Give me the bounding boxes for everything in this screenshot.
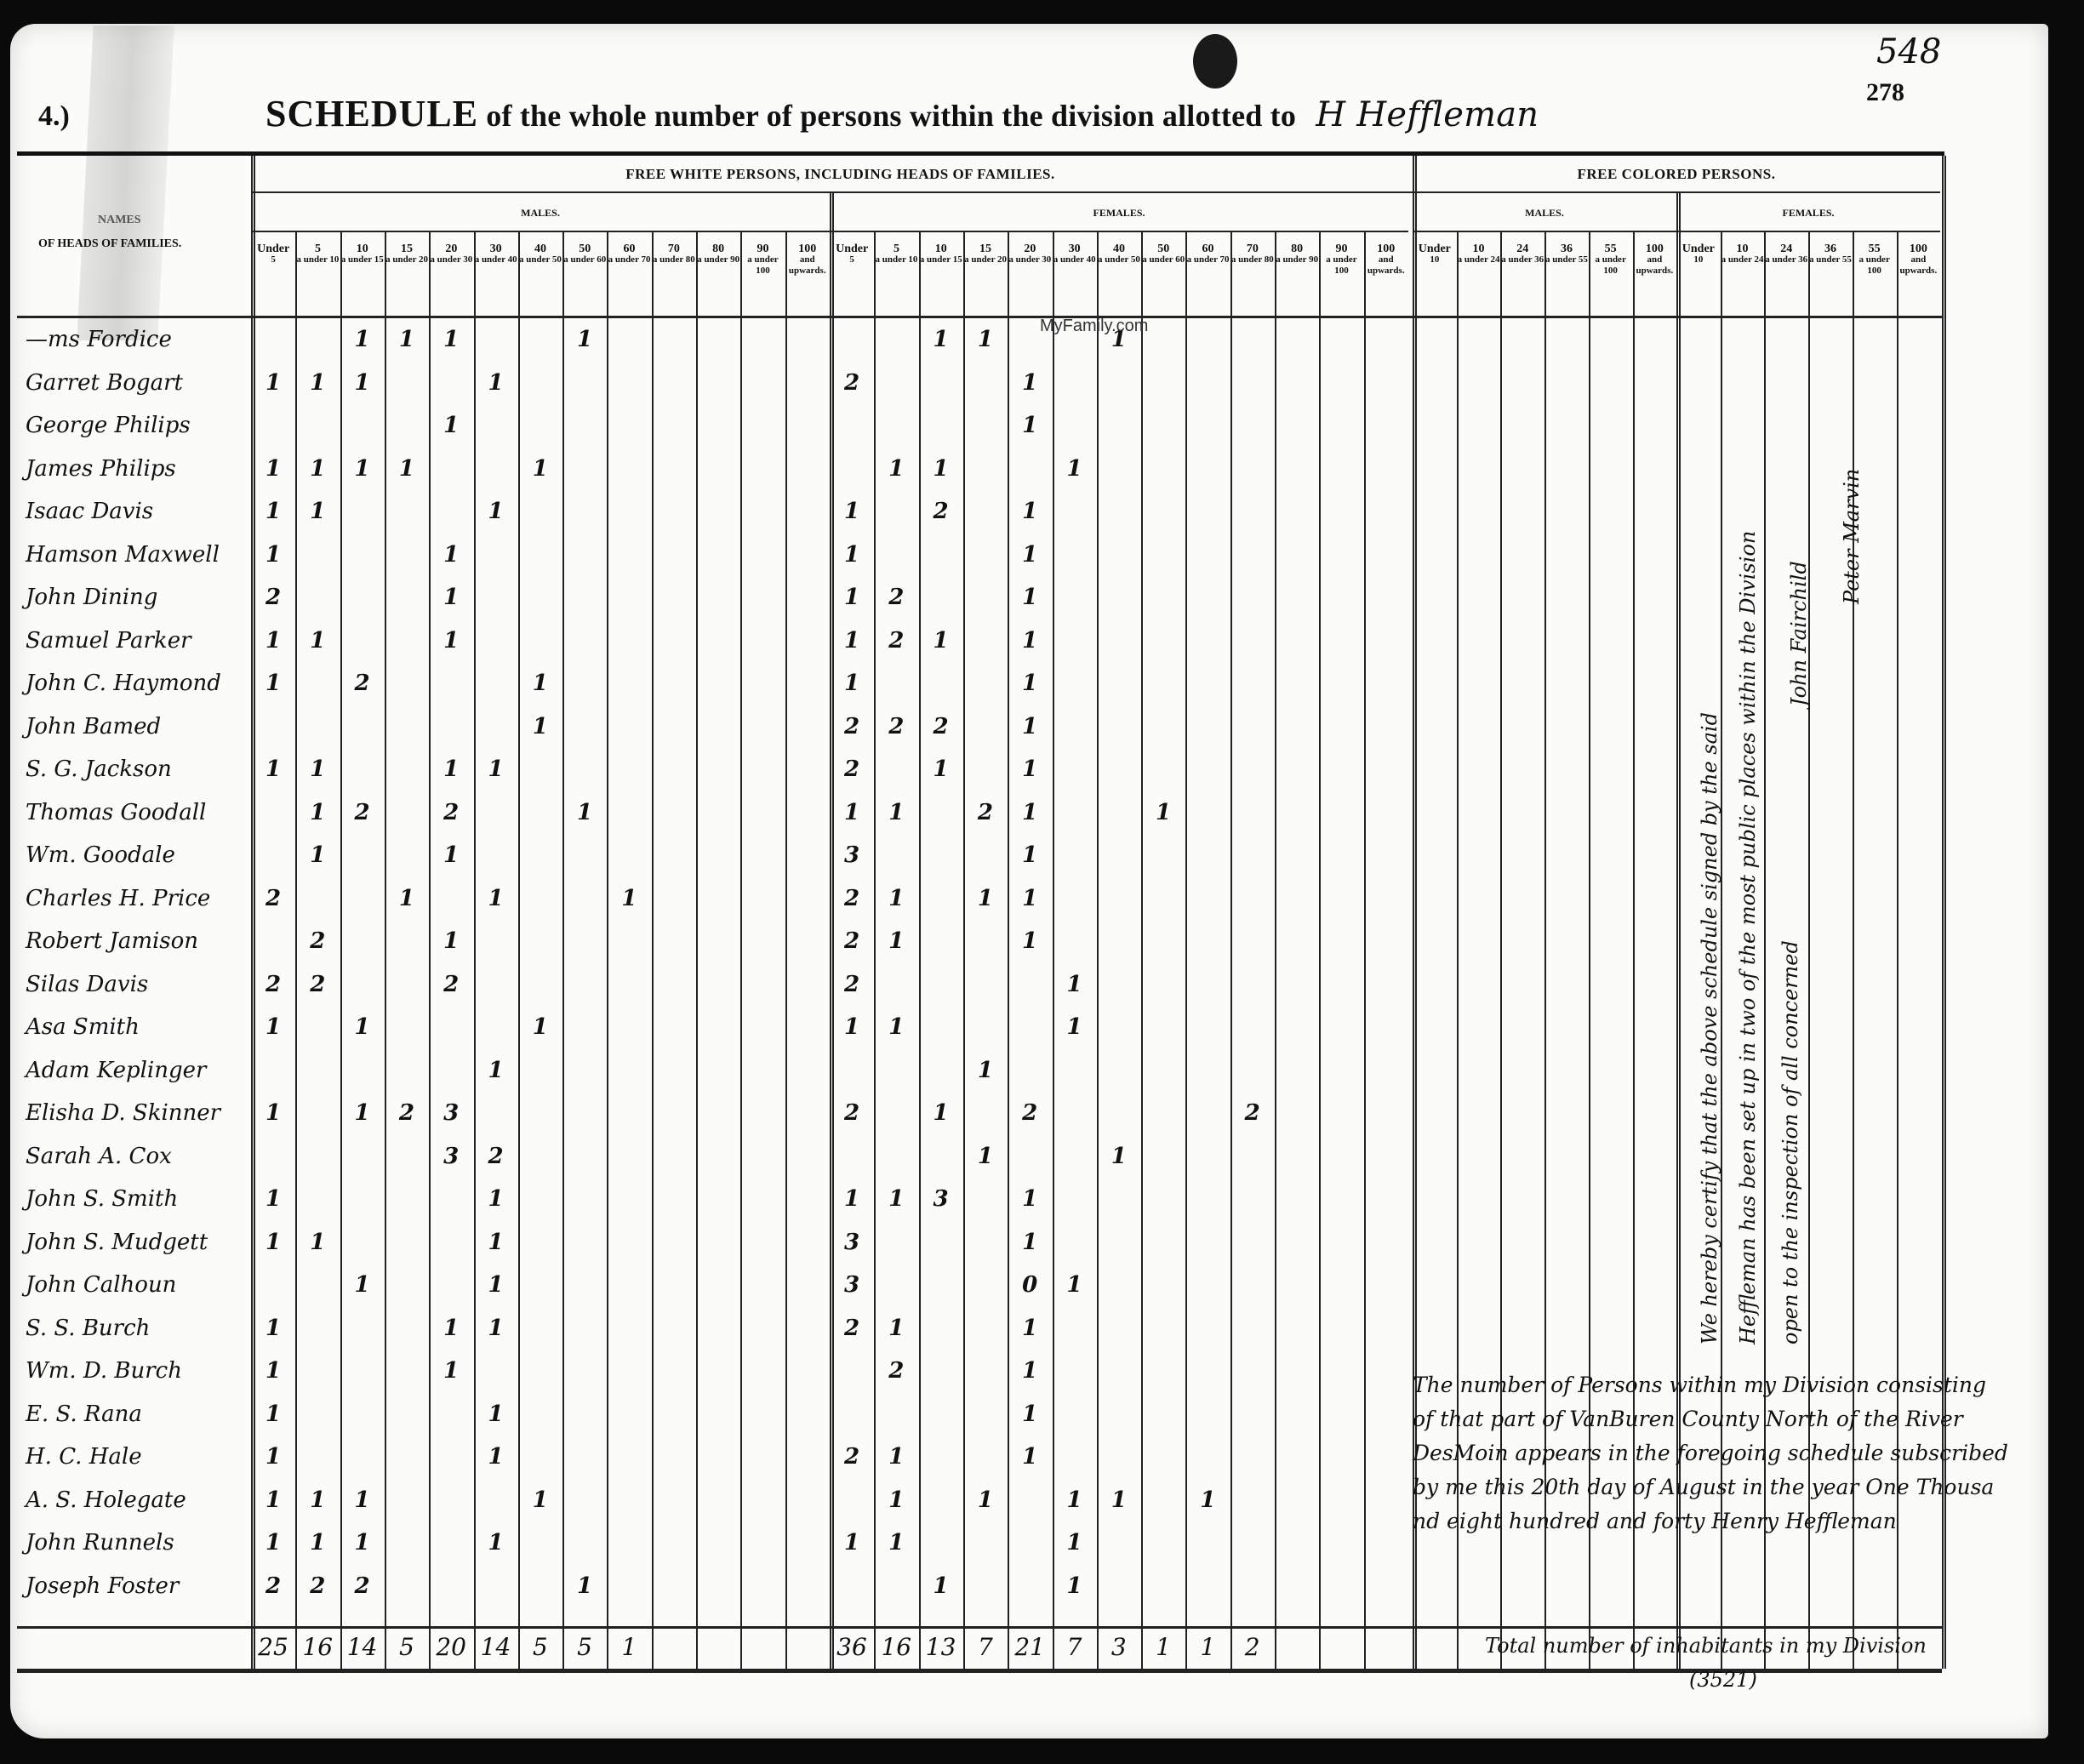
white-female-age-header-7: 50a under 60 <box>1141 243 1185 265</box>
male-count-cell: 1 <box>562 1573 607 1599</box>
colored-male-age-header-4: 55a under 100 <box>1589 243 1633 277</box>
colored-male-age-header-5: 100and upwards. <box>1633 243 1677 277</box>
female-count-cell: 1 <box>1008 499 1052 524</box>
female-count-cell: 1 <box>963 327 1008 352</box>
head-of-family-name: John C. Haymond <box>26 671 221 696</box>
male-count-cell: 1 <box>385 456 429 482</box>
male-total-cell: 25 <box>251 1633 295 1661</box>
head-of-family-name: H. C. Hale <box>26 1444 142 1470</box>
title-rest: of the whole number of persons within th… <box>486 99 1296 133</box>
head-of-family-name: Elisha D. Skinner <box>26 1100 220 1126</box>
column-rule <box>518 231 520 1669</box>
female-count-cell: 1 <box>874 1014 918 1040</box>
row-rule <box>17 1626 1942 1629</box>
female-count-cell: 1 <box>1053 1530 1097 1556</box>
female-count-cell: 1 <box>1053 972 1097 997</box>
female-total-cell: 7 <box>963 1633 1008 1661</box>
white-female-age-header-10: 80a under 90 <box>1275 243 1319 265</box>
white-female-age-header-2: 10a under 15 <box>919 243 963 265</box>
head-of-family-name: Hamson Maxwell <box>26 542 220 568</box>
head-of-family-name: John Bamed <box>26 714 161 739</box>
female-count-cell: 2 <box>830 886 874 911</box>
male-count-cell: 1 <box>562 800 607 825</box>
names-header-line1: NAMES <box>98 214 141 227</box>
head-of-family-name: Samuel Parker <box>26 628 191 654</box>
male-count-cell: 1 <box>562 327 607 352</box>
white-male-age-header-4: 20a under 30 <box>429 243 473 265</box>
male-count-cell: 1 <box>429 585 473 610</box>
male-total-cell: 20 <box>429 1633 473 1661</box>
female-total-cell: 36 <box>830 1633 874 1661</box>
colored-males-label: MALES. <box>1413 207 1676 220</box>
column-rule <box>785 231 787 1669</box>
head-of-family-name: John S. Smith <box>26 1186 178 1212</box>
head-of-family-name: S. G. Jackson <box>26 756 172 782</box>
female-count-cell: 1 <box>919 1100 963 1126</box>
female-count-cell: 1 <box>830 1014 874 1040</box>
male-total-cell: 5 <box>518 1633 562 1661</box>
colored-female-age-header-3: 36a under 55 <box>1808 243 1853 265</box>
male-count-cell: 1 <box>251 1401 295 1427</box>
female-count-cell: 1 <box>1008 842 1052 868</box>
male-count-cell: 1 <box>251 756 295 782</box>
male-total-cell: 14 <box>340 1633 385 1661</box>
male-count-cell: 1 <box>474 756 518 782</box>
female-count-cell: 3 <box>830 842 874 868</box>
white-female-age-header-1: 5a under 10 <box>874 243 918 265</box>
white-male-age-header-10: 80a under 90 <box>696 243 740 265</box>
head-of-family-name: Adam Keplinger <box>26 1058 206 1083</box>
head-of-family-name: Thomas Goodall <box>26 800 206 825</box>
sheet-number: 4.) <box>38 100 70 133</box>
colored-female-age-header-4: 55a under 100 <box>1853 243 1897 277</box>
male-count-cell: 1 <box>251 1530 295 1556</box>
male-total-cell: 14 <box>474 1633 518 1661</box>
female-count-cell: 1 <box>1008 928 1052 954</box>
male-count-cell: 1 <box>474 499 518 524</box>
male-count-cell: 1 <box>607 886 651 911</box>
head-of-family-name: John S. Mudgett <box>26 1230 208 1255</box>
male-count-cell: 1 <box>295 1487 340 1513</box>
female-count-cell: 2 <box>874 628 918 654</box>
male-count-cell: 1 <box>429 756 473 782</box>
female-count-cell: 1 <box>963 1487 1008 1513</box>
white-female-age-header-8: 60a under 70 <box>1185 243 1230 265</box>
male-count-cell: 1 <box>518 671 562 696</box>
male-count-cell: 1 <box>474 1530 518 1556</box>
white-male-age-header-1: 5a under 10 <box>295 243 340 265</box>
male-total-cell: 5 <box>385 1633 429 1661</box>
female-count-cell: 1 <box>830 585 874 610</box>
female-count-cell: 2 <box>830 1316 874 1341</box>
male-count-cell: 1 <box>474 886 518 911</box>
male-count-cell: 1 <box>251 1014 295 1040</box>
white-male-age-header-0: Under5 <box>251 243 295 265</box>
head-of-family-name: John Runnels <box>26 1530 174 1556</box>
certification-line: open to the inspection of all concerned <box>1779 940 1802 1344</box>
white-female-age-header-9: 70a under 80 <box>1230 243 1275 265</box>
male-count-cell: 1 <box>518 714 562 739</box>
head-of-family-name: Silas Davis <box>26 972 148 997</box>
male-count-cell: 1 <box>474 1186 518 1212</box>
female-count-cell: 1 <box>1097 1487 1141 1513</box>
column-rule <box>385 231 386 1669</box>
colored-female-age-header-0: Under10 <box>1676 243 1721 265</box>
male-count-cell: 1 <box>340 1014 385 1040</box>
head-of-family-name: George Philips <box>26 413 191 438</box>
male-count-cell: 1 <box>251 1100 295 1126</box>
female-count-cell: 1 <box>1008 413 1052 438</box>
column-rule <box>1319 231 1321 1669</box>
female-total-cell: 2 <box>1230 1633 1275 1661</box>
female-count-cell: 1 <box>919 456 963 482</box>
male-count-cell: 2 <box>295 928 340 954</box>
female-count-cell: 2 <box>874 585 918 610</box>
female-total-cell: 21 <box>1008 1633 1052 1661</box>
female-count-cell: 1 <box>963 1058 1008 1083</box>
female-count-cell: 1 <box>963 886 1008 911</box>
female-count-cell: 2 <box>830 756 874 782</box>
column-rule <box>696 231 698 1669</box>
watermark: MyFamily.com <box>1040 317 1148 336</box>
female-count-cell: 1 <box>874 456 918 482</box>
white-female-age-header-6: 40a under 50 <box>1097 243 1141 265</box>
male-count-cell: 1 <box>251 1487 295 1513</box>
male-count-cell: 1 <box>518 1487 562 1513</box>
female-total-cell: 16 <box>874 1633 918 1661</box>
male-count-cell: 1 <box>474 1272 518 1298</box>
female-count-cell: 1 <box>1008 1230 1052 1255</box>
female-count-cell: 1 <box>874 800 918 825</box>
male-count-cell: 1 <box>340 1272 385 1298</box>
colored-female-age-header-5: 100and upwards. <box>1897 243 1941 277</box>
female-count-cell: 1 <box>874 1316 918 1341</box>
male-count-cell: 1 <box>295 800 340 825</box>
colored-females-label: FEMALES. <box>1676 207 1940 220</box>
female-count-cell: 1 <box>1008 714 1052 739</box>
male-count-cell: 1 <box>474 1401 518 1427</box>
female-count-cell: 1 <box>874 928 918 954</box>
white-male-age-header-3: 15a under 20 <box>385 243 429 265</box>
female-count-cell: 1 <box>919 756 963 782</box>
white-males-label: MALES. <box>251 207 830 220</box>
head-of-family-name: John Calhoun <box>26 1272 176 1298</box>
head-of-family-name: —ms Fordice <box>26 327 172 352</box>
page-number-printed: 278 <box>1866 78 1904 107</box>
male-count-cell: 1 <box>429 1358 473 1384</box>
male-count-cell: 2 <box>340 1573 385 1599</box>
female-count-cell: 1 <box>1053 456 1097 482</box>
male-count-cell: 2 <box>295 972 340 997</box>
summary-note-line: DesMoin appears in the foregoing schedul… <box>1413 1441 2008 1465</box>
male-count-cell: 1 <box>518 456 562 482</box>
male-count-cell: 2 <box>340 671 385 696</box>
female-count-cell: 2 <box>919 714 963 739</box>
colored-female-age-header-2: 24a under 36 <box>1764 243 1808 265</box>
female-count-cell: 1 <box>1053 1487 1097 1513</box>
names-header-line2: OF HEADS OF FAMILIES. <box>38 237 181 251</box>
column-rule <box>1230 231 1232 1669</box>
head-of-family-name: Joseph Foster <box>26 1573 179 1599</box>
female-count-cell: 1 <box>1008 1401 1052 1427</box>
female-count-cell: 1 <box>919 327 963 352</box>
female-count-cell: 1 <box>1053 1573 1097 1599</box>
female-count-cell: 1 <box>1097 1144 1141 1169</box>
white-male-age-header-7: 50a under 60 <box>562 243 607 265</box>
column-rule <box>740 231 742 1669</box>
female-total-cell: 13 <box>919 1633 963 1661</box>
male-count-cell: 1 <box>385 327 429 352</box>
female-count-cell: 3 <box>830 1272 874 1298</box>
female-count-cell: 3 <box>830 1230 874 1255</box>
female-count-cell: 2 <box>874 714 918 739</box>
female-count-cell: 1 <box>1008 1186 1052 1212</box>
female-count-cell: 1 <box>830 499 874 524</box>
male-count-cell: 1 <box>429 628 473 654</box>
female-count-cell: 1 <box>874 1186 918 1212</box>
male-count-cell: 3 <box>429 1100 473 1126</box>
male-count-cell: 2 <box>385 1100 429 1126</box>
female-count-cell: 1 <box>1008 1358 1052 1384</box>
colored-male-age-header-2: 24a under 36 <box>1500 243 1544 265</box>
female-count-cell: 1 <box>830 1530 874 1556</box>
female-count-cell: 2 <box>830 928 874 954</box>
male-count-cell: 1 <box>429 1316 473 1341</box>
female-total-cell: 1 <box>1141 1633 1185 1661</box>
male-count-cell: 1 <box>474 1316 518 1341</box>
colored-male-age-header-0: Under10 <box>1413 243 1457 265</box>
head-of-family-name: E. S. Rana <box>26 1401 142 1427</box>
male-count-cell: 2 <box>251 1573 295 1599</box>
head-of-family-name: Sarah A. Cox <box>26 1144 172 1169</box>
female-count-cell: 1 <box>874 1444 918 1470</box>
male-total-cell: 5 <box>562 1633 607 1661</box>
names-column-header: NAMES OF HEADS OF FAMILIES. <box>17 156 251 319</box>
female-count-cell: 2 <box>830 1444 874 1470</box>
female-total-cell: 7 <box>1053 1633 1097 1661</box>
white-female-age-header-4: 20a under 30 <box>1008 243 1052 265</box>
male-count-cell: 1 <box>251 671 295 696</box>
witness-signature: John Fairchild <box>1787 561 1811 706</box>
female-count-cell: 2 <box>874 1358 918 1384</box>
white-male-age-header-12: 100and upwards. <box>785 243 830 277</box>
column-rule <box>1097 231 1099 1669</box>
female-count-cell: 0 <box>1008 1272 1052 1298</box>
female-count-cell: 1 <box>1008 542 1052 568</box>
white-female-age-header-3: 15a under 20 <box>963 243 1008 265</box>
head-of-family-name: Wm. D. Burch <box>26 1358 182 1384</box>
male-count-cell: 3 <box>429 1144 473 1169</box>
male-count-cell: 1 <box>251 1230 295 1255</box>
summary-note-line: of that part of VanBuren County North of… <box>1413 1407 1963 1431</box>
male-count-cell: 1 <box>340 1100 385 1126</box>
male-count-cell: 1 <box>340 370 385 396</box>
female-count-cell: 2 <box>1008 1100 1052 1126</box>
white-male-age-header-8: 60a under 70 <box>607 243 651 265</box>
female-count-cell: 1 <box>874 1530 918 1556</box>
female-count-cell: 2 <box>1230 1100 1275 1126</box>
male-count-cell: 1 <box>251 1186 295 1212</box>
total-inhabitants-value: (3521) <box>1689 1668 1757 1692</box>
male-count-cell: 1 <box>295 1530 340 1556</box>
female-count-cell: 2 <box>830 972 874 997</box>
column-rule <box>1275 231 1276 1669</box>
male-count-cell: 1 <box>251 456 295 482</box>
male-count-cell: 2 <box>251 585 295 610</box>
female-count-cell: 2 <box>830 1100 874 1126</box>
male-count-cell: 1 <box>518 1014 562 1040</box>
column-rule <box>1185 231 1187 1669</box>
male-count-cell: 1 <box>251 628 295 654</box>
certification-line: We hereby certify that the above schedul… <box>1698 712 1721 1344</box>
female-count-cell: 1 <box>1008 370 1052 396</box>
column-rule <box>607 231 608 1669</box>
female-count-cell: 1 <box>1185 1487 1230 1513</box>
total-inhabitants-label: Total number of inhabitants in my Divisi… <box>1485 1634 1927 1658</box>
white-male-age-header-9: 70a under 80 <box>652 243 696 265</box>
free-colored-title: FREE COLORED PERSONS. <box>1413 166 1940 183</box>
male-count-cell: 1 <box>429 542 473 568</box>
female-count-cell: 1 <box>1053 1014 1097 1040</box>
male-count-cell: 1 <box>295 1230 340 1255</box>
male-count-cell: 1 <box>429 842 473 868</box>
female-count-cell: 1 <box>830 671 874 696</box>
witness-signature: Peter Marvin <box>1840 469 1864 604</box>
ink-seal-icon <box>1193 34 1237 88</box>
free-white-title: FREE WHITE PERSONS, INCLUDING HEADS OF F… <box>272 166 1408 183</box>
male-count-cell: 1 <box>385 886 429 911</box>
male-count-cell: 2 <box>429 972 473 997</box>
female-count-cell: 2 <box>830 714 874 739</box>
female-count-cell: 1 <box>1053 1272 1097 1298</box>
male-count-cell: 1 <box>251 499 295 524</box>
column-rule <box>340 231 342 1669</box>
female-count-cell: 1 <box>1141 800 1185 825</box>
female-count-cell: 1 <box>919 1573 963 1599</box>
head-of-family-name: Robert Jamison <box>26 928 198 954</box>
female-count-cell: 1 <box>1008 1444 1052 1470</box>
column-rule <box>1364 231 1366 1669</box>
male-count-cell: 2 <box>251 972 295 997</box>
male-count-cell: 2 <box>340 800 385 825</box>
male-count-cell: 1 <box>340 1487 385 1513</box>
head-of-family-name: Charles H. Price <box>26 886 210 911</box>
title-bold: SCHEDULE <box>265 93 478 134</box>
head-of-family-name: James Philips <box>26 456 176 482</box>
column-rule <box>1053 231 1054 1669</box>
male-count-cell: 2 <box>474 1144 518 1169</box>
male-count-cell: 1 <box>295 842 340 868</box>
head-of-family-name: Wm. Goodale <box>26 842 175 868</box>
schedule-title: SCHEDULE of the whole number of persons … <box>265 92 1539 135</box>
female-count-cell: 2 <box>919 499 963 524</box>
male-count-cell: 1 <box>251 1316 295 1341</box>
male-count-cell: 1 <box>295 499 340 524</box>
head-of-family-name: A. S. Holegate <box>26 1487 186 1513</box>
white-female-age-header-11: 90a under 100 <box>1319 243 1363 277</box>
white-male-age-header-6: 40a under 50 <box>518 243 562 265</box>
white-female-age-header-5: 30a under 40 <box>1053 243 1097 265</box>
summary-note-line: nd eight hundred and forty Henry Hefflem… <box>1413 1509 1897 1533</box>
male-count-cell: 1 <box>474 370 518 396</box>
colored-female-age-header-1: 10a under 24 <box>1721 243 1765 265</box>
colored-male-age-header-1: 10a under 24 <box>1457 243 1501 265</box>
female-total-cell: 1 <box>1185 1633 1230 1661</box>
enumerator-name: H Heffleman <box>1316 95 1539 134</box>
column-rule <box>562 231 564 1669</box>
white-male-age-header-11: 90a under 100 <box>740 243 785 277</box>
male-count-cell: 1 <box>295 756 340 782</box>
male-count-cell: 2 <box>251 886 295 911</box>
male-count-cell: 1 <box>474 1444 518 1470</box>
page-number-handwritten: 548 <box>1876 32 1941 71</box>
female-count-cell: 1 <box>874 886 918 911</box>
female-count-cell: 1 <box>1008 585 1052 610</box>
female-count-cell: 1 <box>963 1144 1008 1169</box>
female-count-cell: 1 <box>1008 800 1052 825</box>
female-count-cell: 1 <box>1008 671 1052 696</box>
male-count-cell: 1 <box>295 456 340 482</box>
certification-line: Heffleman has been set up in two of the … <box>1736 531 1760 1344</box>
male-count-cell: 1 <box>474 1230 518 1255</box>
white-females-label: FEMALES. <box>830 207 1408 220</box>
female-count-cell: 1 <box>830 1186 874 1212</box>
column-rule <box>652 231 654 1669</box>
head-of-family-name: Garret Bogart <box>26 370 183 396</box>
male-count-cell: 1 <box>340 327 385 352</box>
female-total-cell: 3 <box>1097 1633 1141 1661</box>
male-count-cell: 1 <box>251 1444 295 1470</box>
male-count-cell: 1 <box>251 542 295 568</box>
female-count-cell: 1 <box>874 1487 918 1513</box>
female-count-cell: 1 <box>1008 1316 1052 1341</box>
male-count-cell: 1 <box>429 327 473 352</box>
male-count-cell: 1 <box>251 370 295 396</box>
male-count-cell: 1 <box>340 1530 385 1556</box>
male-count-cell: 2 <box>429 800 473 825</box>
male-count-cell: 1 <box>295 628 340 654</box>
male-count-cell: 1 <box>340 456 385 482</box>
male-count-cell: 1 <box>429 928 473 954</box>
female-count-cell: 1 <box>919 628 963 654</box>
column-rule <box>1141 231 1143 1669</box>
male-count-cell: 1 <box>474 1058 518 1083</box>
white-male-age-header-5: 30a under 40 <box>474 243 518 265</box>
female-count-cell: 1 <box>1008 628 1052 654</box>
white-male-age-header-2: 10a under 15 <box>340 243 385 265</box>
white-female-age-header-12: 100and upwards. <box>1364 243 1408 277</box>
female-count-cell: 1 <box>830 800 874 825</box>
white-female-age-header-0: Under5 <box>830 243 874 265</box>
female-count-cell: 2 <box>963 800 1008 825</box>
head-of-family-name: Asa Smith <box>26 1014 140 1040</box>
head-of-family-name: Isaac Davis <box>26 499 153 524</box>
row-rule <box>17 316 1942 318</box>
colored-male-age-header-3: 36a under 55 <box>1544 243 1589 265</box>
female-count-cell: 1 <box>1008 756 1052 782</box>
male-total-cell: 1 <box>607 1633 651 1661</box>
row-rule <box>17 1669 1942 1673</box>
male-total-cell: 16 <box>295 1633 340 1661</box>
column-rule <box>919 231 921 1669</box>
male-count-cell: 2 <box>295 1573 340 1599</box>
column-rule <box>963 231 965 1669</box>
male-count-cell: 1 <box>251 1358 295 1384</box>
female-count-cell: 1 <box>830 628 874 654</box>
summary-note-line: by me this 20th day of August in the yea… <box>1413 1475 1994 1499</box>
head-of-family-name: John Dining <box>26 585 157 610</box>
female-count-cell: 2 <box>830 370 874 396</box>
